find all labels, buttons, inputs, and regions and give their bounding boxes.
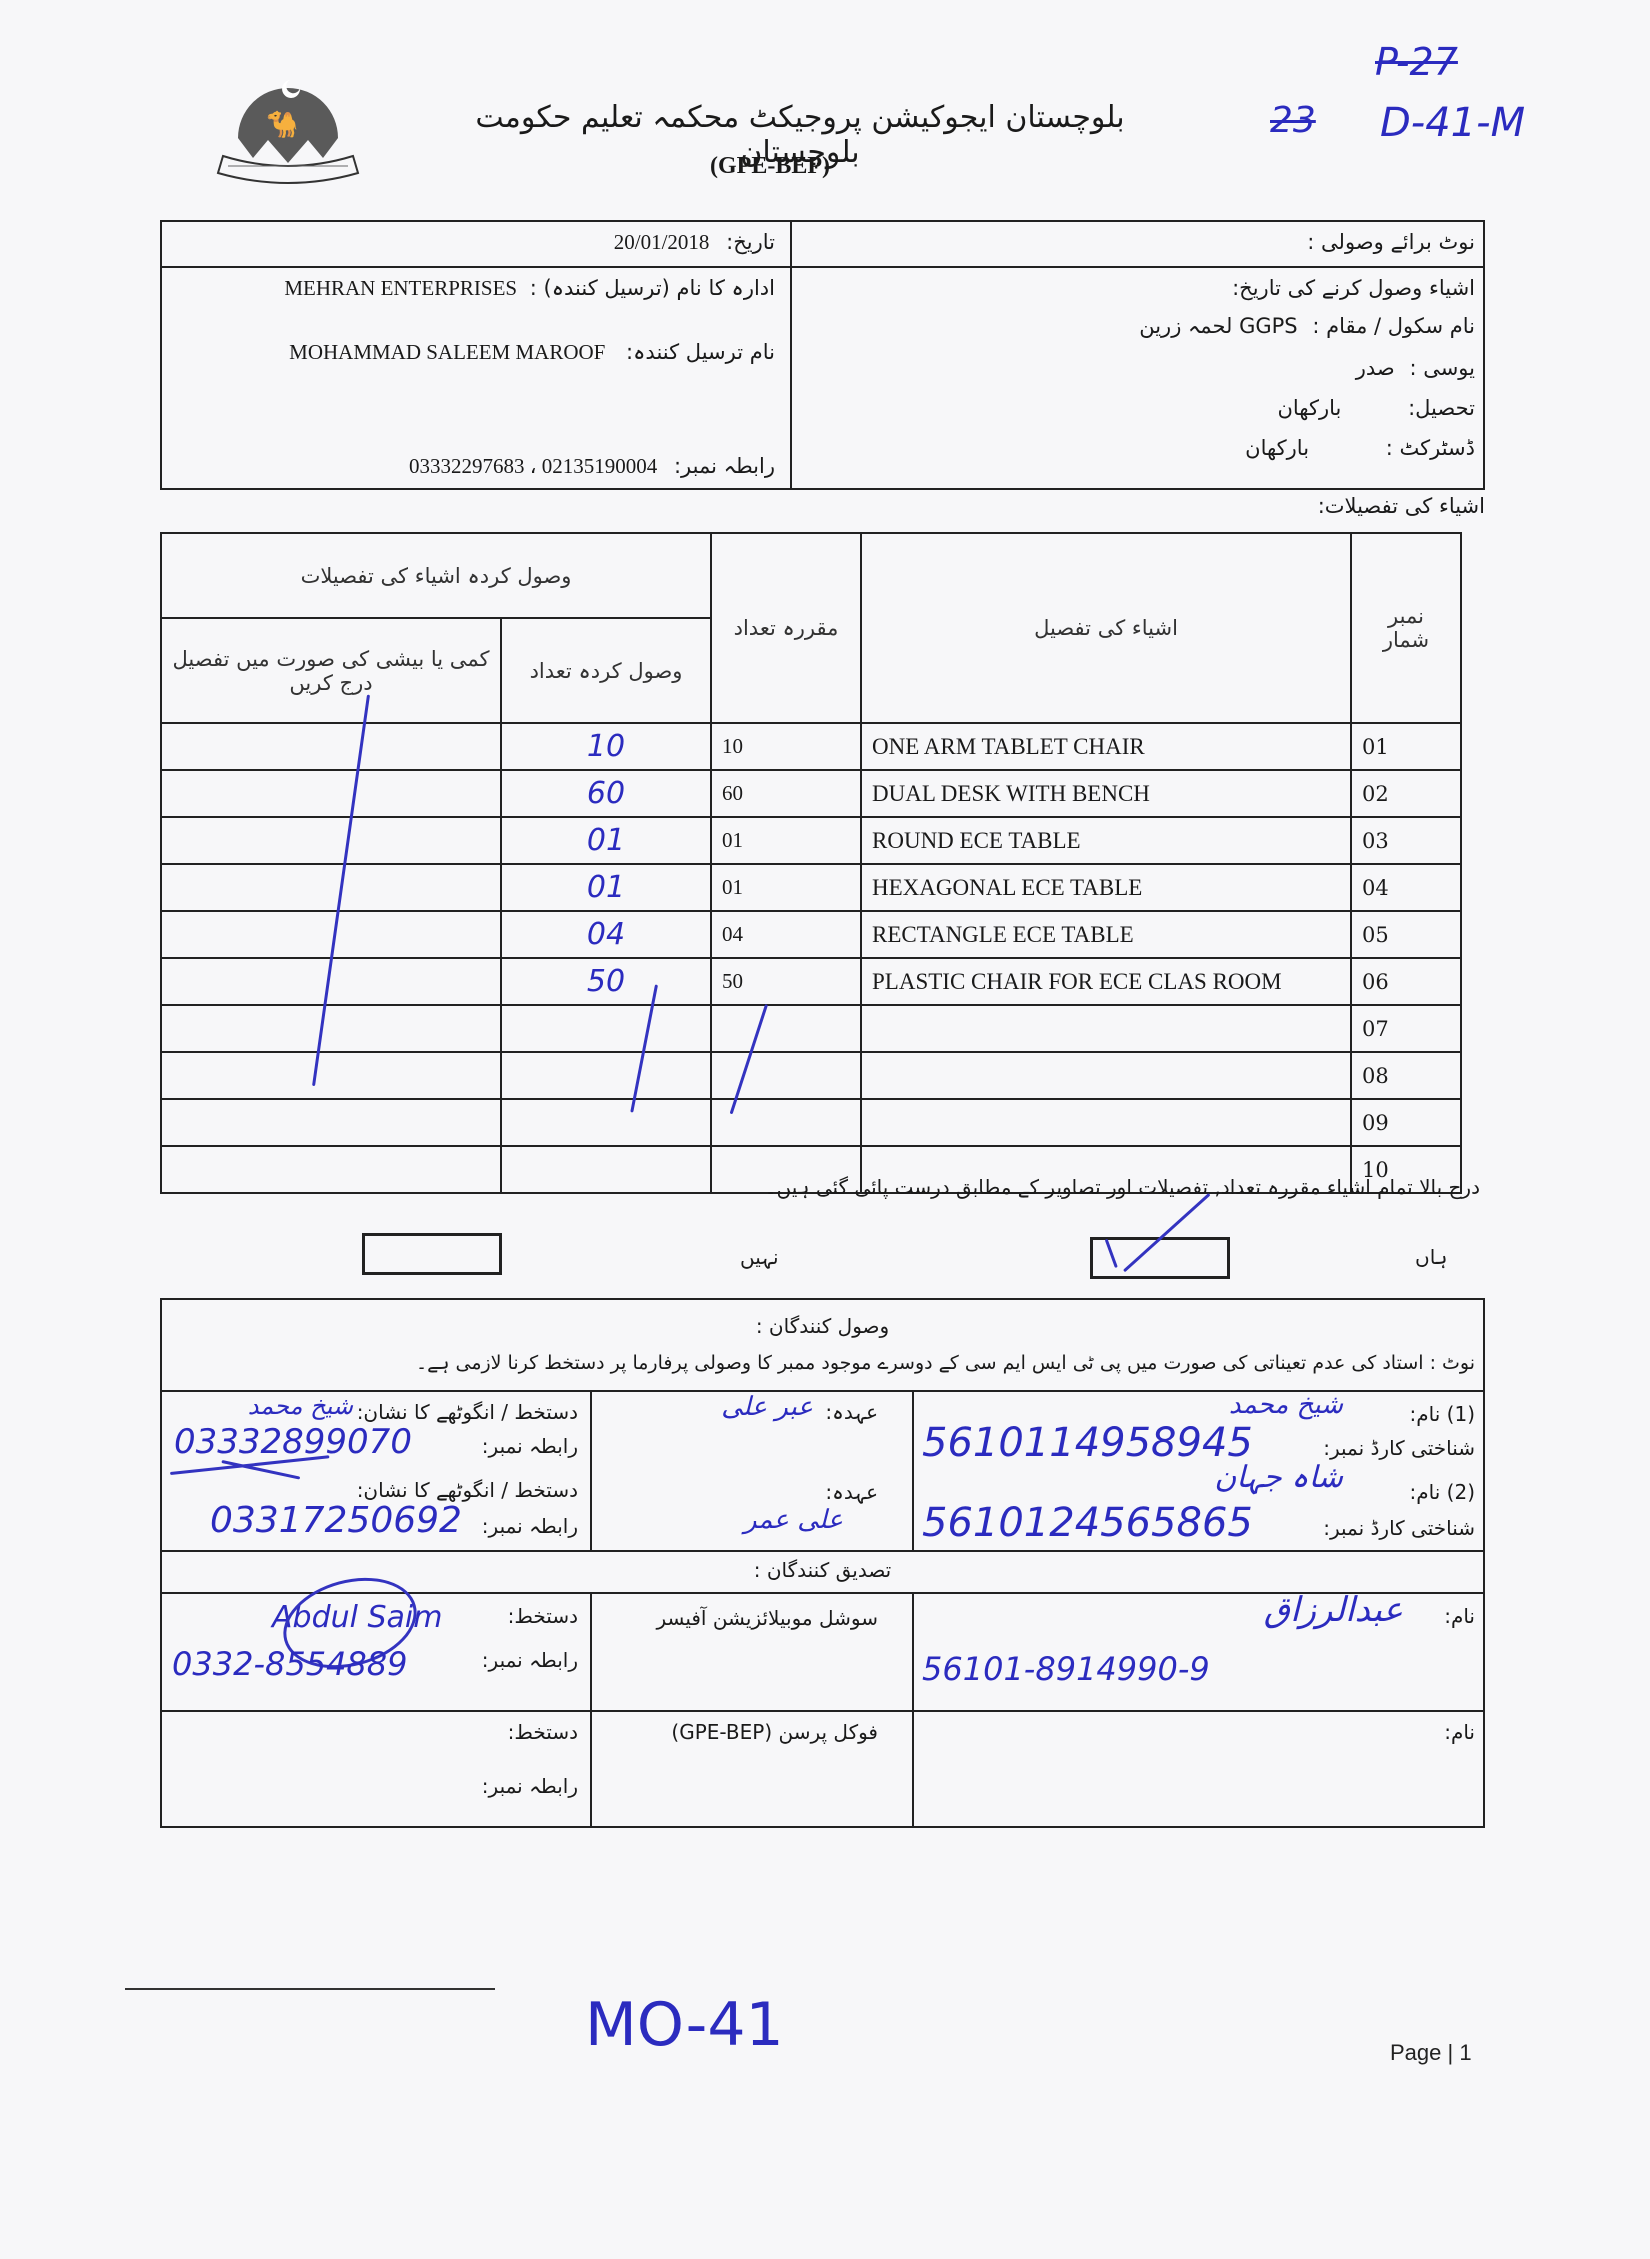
receiver2-name-label: (2) نام: [1410, 1480, 1476, 1504]
items-table: وصول کردہ اشیاء کی تفصیلات مقررہ تعداد ا… [160, 532, 1462, 1194]
officer-title: سوشل موبیلائزیشن آفیسر [656, 1606, 878, 1630]
received-qty-cell: 50 [501, 958, 711, 1005]
receivers-note: نوٹ : استاد کی عدم تعیناتی کی صورت میں پ… [416, 1352, 1475, 1374]
allocated-qty-cell [711, 1052, 861, 1099]
receiver2-cnic: 5610124565865 [922, 1500, 1253, 1546]
shortfall-header: کمی یا بیشی کی صورت میں تفصیل درج کریں [161, 618, 501, 723]
table-row: 5050PLASTIC CHAIR FOR ECE CLAS ROOM06 [161, 958, 1461, 1005]
received-qty-cell [501, 1005, 711, 1052]
receiver2-name: شاہ جہان [1214, 1460, 1343, 1495]
shortfall-cell [161, 723, 501, 770]
serial-cell: 06 [1351, 958, 1461, 1005]
description-header: اشیاء کی تفصیل [861, 533, 1351, 723]
handwritten-footer-code: MO-41 [585, 1990, 784, 2060]
description-cell: DUAL DESK WITH BENCH [861, 770, 1351, 817]
focal-contact-label: رابطہ نمبر: [482, 1774, 578, 1798]
focal-title: فوکل پرسن (GPE-BEP) [671, 1720, 878, 1744]
serial-cell: 09 [1351, 1099, 1461, 1146]
svg-text:🐪: 🐪 [266, 110, 298, 140]
cnic2-label: شناختی کارڈ نمبر: [1323, 1516, 1475, 1540]
confirmation-statement: درج بالا تمام اشیاء مقررہ تعداد, تفصیلات… [700, 1175, 1480, 1199]
shortfall-cell [161, 1099, 501, 1146]
description-cell [861, 1052, 1351, 1099]
allocated-qty-cell [711, 1005, 861, 1052]
no-label: نہیں [740, 1245, 779, 1269]
supplier-contact-field: رابطہ نمبر: 02135190004 ، 03332297683 [409, 454, 775, 479]
school-field: نام سکول / مقام : GGPS لحمہ زرین [1139, 314, 1475, 338]
handwritten-ref-small: 23 [1270, 100, 1316, 141]
serial-cell: 03 [1351, 817, 1461, 864]
received-qty-cell [501, 1052, 711, 1099]
serial-cell: 05 [1351, 911, 1461, 958]
district-field: ڈسٹرکٹ : بارکھان [1245, 436, 1475, 460]
focal-name-label: نام: [1444, 1720, 1475, 1744]
description-cell: HEXAGONAL ECE TABLE [861, 864, 1351, 911]
cnic1-label: شناختی کارڈ نمبر: [1323, 1436, 1475, 1460]
description-cell: RECTANGLE ECE TABLE [861, 911, 1351, 958]
shortfall-cell [161, 817, 501, 864]
shortfall-cell [161, 1052, 501, 1099]
allocated-qty-cell: 50 [711, 958, 861, 1005]
description-cell: PLASTIC CHAIR FOR ECE CLAS ROOM [861, 958, 1351, 1005]
sender-name-field: نام ترسیل کنندہ: MOHAMMAD SALEEM MAROOF [289, 340, 775, 365]
contact2-label: رابطہ نمبر: [482, 1514, 578, 1538]
officer-contact: 0332-8554889 [172, 1645, 408, 1683]
receiver1-name: شیخ محمد [1229, 1390, 1343, 1420]
program-code: (GPE-BEP) [620, 153, 920, 180]
balochistan-emblem-logo: 🐪 [208, 58, 368, 188]
description-cell [861, 1005, 1351, 1052]
officer-contact-label: رابطہ نمبر: [482, 1648, 578, 1672]
receiver2-contact: 03317250692 [210, 1500, 462, 1541]
serial-cell: 02 [1351, 770, 1461, 817]
table-row: 07 [161, 1005, 1461, 1052]
table-row: 0404RECTANGLE ECE TABLE05 [161, 911, 1461, 958]
received-qty-cell: 10 [501, 723, 711, 770]
serial-cell: 07 [1351, 1005, 1461, 1052]
shortfall-cell [161, 864, 501, 911]
table-row: 1010ONE ARM TABLET CHAIR01 [161, 723, 1461, 770]
received-qty-cell: 04 [501, 911, 711, 958]
description-cell: ONE ARM TABLET CHAIR [861, 723, 1351, 770]
yes-label: ہاں [1415, 1245, 1448, 1269]
receiver1-signature: شیخ محمد [248, 1392, 353, 1420]
shortfall-cell [161, 1005, 501, 1052]
receipt-note-heading: نوٹ برائے وصولی : [1307, 230, 1475, 254]
received-qty-cell [501, 1146, 711, 1193]
date-field: تاریخ: 20/01/2018 [614, 230, 775, 255]
items-section-heading: اشیاء کی تفصیلات: [1318, 494, 1485, 518]
receiver1-cnic: 5610114958945 [922, 1420, 1253, 1466]
signature2-label: دستخط / انگوٹھے کا نشان: [357, 1478, 578, 1502]
serial-cell: 08 [1351, 1052, 1461, 1099]
officer-cnic: 56101-8914990-9 [922, 1650, 1210, 1688]
handwritten-ref-code: D-41-M [1380, 100, 1525, 146]
receiver1-designation: عبر علی [721, 1392, 813, 1422]
tehsil-field: تحصیل: بارکھان [1277, 396, 1475, 420]
supplier-receipt-box: تاریخ: 20/01/2018 ادارہ کا نام (ترسیل کن… [160, 220, 1485, 490]
serial-header: نمبر شمار [1351, 533, 1461, 723]
officer-sign-label: دستخط: [508, 1604, 578, 1628]
shortfall-cell [161, 1146, 501, 1193]
uc-field: یوسی : صدر [1356, 356, 1475, 380]
received-qty-cell: 01 [501, 817, 711, 864]
receiver2-designation: علی عمر [744, 1505, 843, 1535]
allocated-qty-cell: 04 [711, 911, 861, 958]
received-qty-cell: 60 [501, 770, 711, 817]
footer-divider [125, 1988, 495, 1990]
received-qty-cell: 01 [501, 864, 711, 911]
officer-name: عبدالرزاق [1264, 1590, 1403, 1630]
yes-checkbox[interactable] [1090, 1237, 1230, 1279]
officer-name-label: نام: [1444, 1604, 1475, 1628]
designation2-label: عہدہ: [825, 1480, 878, 1504]
serial-cell: 04 [1351, 864, 1461, 911]
receivers-box: وصول کنندگان : نوٹ : استاد کی عدم تعینات… [160, 1298, 1485, 1828]
no-checkbox[interactable] [362, 1233, 502, 1275]
allocated-qty-cell: 10 [711, 723, 861, 770]
receiver2-signature [162, 1450, 332, 1490]
table-row: 09 [161, 1099, 1461, 1146]
receiver1-name-label: (1) نام: [1410, 1402, 1476, 1426]
page-number: Page | 1 [1390, 2040, 1472, 2066]
allocated-qty-cell: 60 [711, 770, 861, 817]
designation1-label: عہدہ: [825, 1400, 878, 1424]
table-row: 08 [161, 1052, 1461, 1099]
received-qty-header: وصول کردہ تعداد [501, 618, 711, 723]
focal-sign-label: دستخط: [508, 1720, 578, 1744]
allocated-qty-header: مقررہ تعداد [711, 533, 861, 723]
received-qty-cell [501, 1099, 711, 1146]
description-cell: ROUND ECE TABLE [861, 817, 1351, 864]
handwritten-ref-top: P-27 [1375, 40, 1458, 84]
receipt-date-label: اشیاء وصول کرنے کی تاریخ: [1232, 276, 1475, 300]
org-name-field: ادارہ کا نام (ترسیل کنندہ) : MEHRAN ENTE… [284, 276, 775, 301]
serial-cell: 01 [1351, 723, 1461, 770]
receivers-heading: وصول کنندگان : [162, 1314, 1483, 1338]
table-row: 0101ROUND ECE TABLE03 [161, 817, 1461, 864]
signature1-label: دستخط / انگوٹھے کا نشان: [357, 1400, 578, 1424]
contact1-label: رابطہ نمبر: [482, 1434, 578, 1458]
received-group-header: وصول کردہ اشیاء کی تفصیلات [161, 533, 711, 618]
table-row: 0101HEXAGONAL ECE TABLE04 [161, 864, 1461, 911]
shortfall-cell [161, 770, 501, 817]
description-cell [861, 1099, 1351, 1146]
allocated-qty-cell: 01 [711, 817, 861, 864]
allocated-qty-cell: 01 [711, 864, 861, 911]
